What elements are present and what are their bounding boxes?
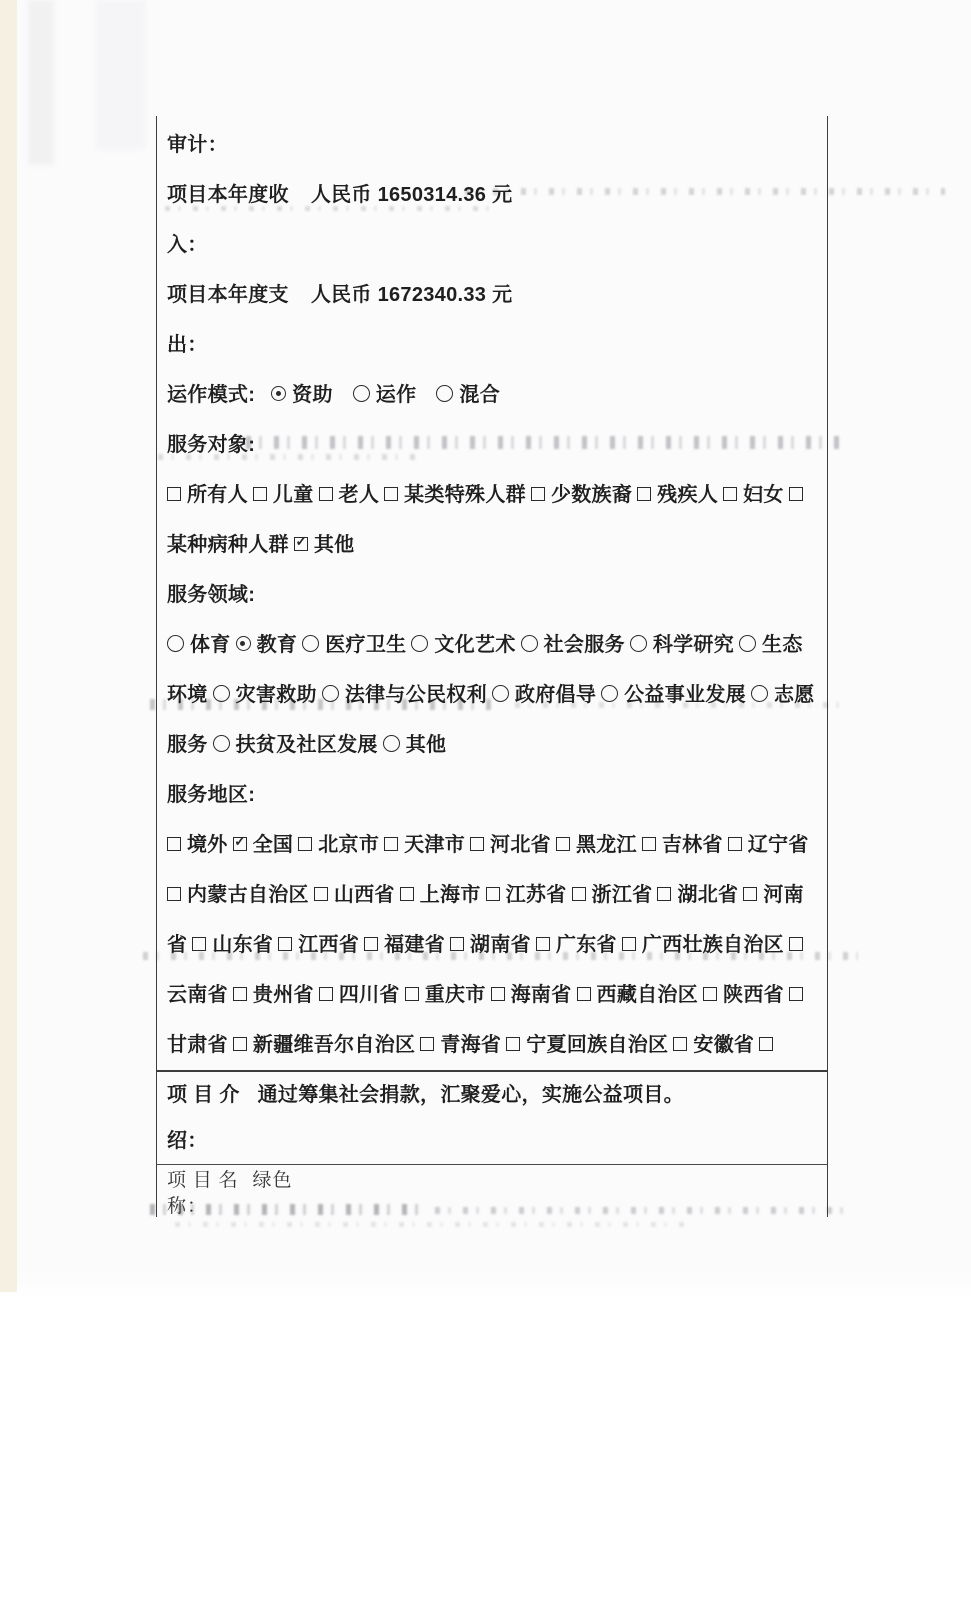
- checkbox-option: 辽宁省: [728, 834, 814, 856]
- option-label: 云南省: [167, 984, 228, 1006]
- checkbox-icon: [657, 887, 671, 901]
- option-label: 广东省: [556, 934, 617, 956]
- radio-icon: [521, 635, 538, 652]
- checkbox-checked-icon: [233, 837, 247, 851]
- operation-mode-label: 运作模式:: [167, 384, 255, 406]
- option-label: 文化艺术: [434, 634, 515, 656]
- project-name-section: 项 目 名绿色 称：: [157, 1164, 827, 1220]
- checkbox-icon: [703, 987, 717, 1001]
- project-intro-label-line1: 项 目 介: [167, 1084, 240, 1106]
- option-label: 黑龙江: [576, 834, 637, 856]
- project-intro-label-line2: 绍：: [167, 1130, 208, 1152]
- option-label: 上海市: [420, 884, 481, 906]
- checkbox-icon: [298, 837, 312, 851]
- project-name-label-line2: 称：: [167, 1196, 207, 1217]
- checkbox-icon: [572, 887, 586, 901]
- option-label: 吉林省: [662, 834, 723, 856]
- project-name-label-wrap-row: 称：: [167, 1194, 819, 1220]
- service-regions-label: 服务地区:: [167, 784, 255, 806]
- annual-income-row: 项目本年度收人民币 1650314.36 元: [167, 170, 819, 220]
- checkbox-icon: [506, 1037, 520, 1051]
- checkbox-icon: [673, 1037, 687, 1051]
- option-label: 福建省: [384, 934, 445, 956]
- checkbox-icon: [491, 987, 505, 1001]
- project-intro-value: 通过筹集社会捐款，汇聚爱心，实施公益项目。: [258, 1084, 684, 1106]
- checkbox-option: 其他: [294, 534, 360, 556]
- checkbox-checked-icon: [294, 537, 308, 551]
- checkbox-icon: [253, 487, 267, 501]
- checkbox-option: 妇女: [723, 484, 789, 506]
- option-label: 浙江省: [592, 884, 653, 906]
- checkbox-option: 所有人: [167, 484, 253, 506]
- radio-icon: [383, 735, 400, 752]
- project-name-value: 绿色: [253, 1170, 293, 1191]
- option-label: 某类特殊人群: [404, 484, 526, 506]
- option-label: 其他: [314, 534, 355, 556]
- project-intro-row: 项 目 介通过筹集社会捐款，汇聚爱心，实施公益项目。: [167, 1072, 819, 1118]
- checkbox-icon: [167, 887, 181, 901]
- checkbox-option: 福建省: [364, 934, 450, 956]
- checkbox-icon: [233, 987, 247, 1001]
- service-fields-options: 体育教育医疗卫生文化艺术社会服务科学研究生态环境灾害救助法律与公民权利政府倡导公…: [167, 620, 819, 770]
- checkbox-option: 西藏自治区: [577, 984, 704, 1006]
- option-label: 某种病种人群: [167, 534, 289, 556]
- checkbox-icon: [789, 937, 803, 951]
- radio-icon: [436, 385, 453, 402]
- checkbox-icon: [536, 937, 550, 951]
- radio-checked-icon: [271, 386, 286, 401]
- checkbox-option: 四川省: [319, 984, 405, 1006]
- radio-option: 体育: [167, 634, 236, 656]
- option-label: 残疾人: [657, 484, 718, 506]
- radio-option: 资助: [271, 384, 353, 406]
- checkbox-option: 山西省: [314, 884, 400, 906]
- annual-expense-row: 项目本年度支人民币 1672340.33 元: [167, 270, 819, 320]
- radio-option: 科学研究: [630, 634, 739, 656]
- checkbox-icon: [577, 987, 591, 1001]
- option-label: 资助: [292, 384, 333, 406]
- checkbox-option: 天津市: [384, 834, 470, 856]
- checkbox-option: 浙江省: [572, 884, 658, 906]
- option-label: 教育: [257, 634, 298, 656]
- option-label: 四川省: [339, 984, 400, 1006]
- checkbox-option: 贵州省: [233, 984, 319, 1006]
- checkbox-icon: [400, 887, 414, 901]
- annual-income-value: 人民币 1650314.36 元: [311, 184, 513, 206]
- checkbox-option: 江苏省: [486, 884, 572, 906]
- checkbox-option: 湖北省: [657, 884, 743, 906]
- service-fields-label-row: 服务领域:: [167, 570, 819, 620]
- project-intro-label-wrap-row: 绍：: [167, 1118, 819, 1164]
- audit-label: 审计：: [167, 134, 228, 156]
- option-label: 湖南省: [470, 934, 531, 956]
- checkbox-option: 河北省: [470, 834, 556, 856]
- option-label: 妇女: [743, 484, 784, 506]
- checkbox-icon: [278, 937, 292, 951]
- project-name-row: 项 目 名绿色: [167, 1168, 819, 1194]
- option-label: 体育: [190, 634, 231, 656]
- radio-option: 法律与公民权利: [322, 684, 492, 706]
- option-label: 天津市: [404, 834, 465, 856]
- checkbox-icon: [622, 937, 636, 951]
- radio-option: 公益事业发展: [601, 684, 751, 706]
- project-intro-section: 项 目 介通过筹集社会捐款，汇聚爱心，实施公益项目。 绍：: [157, 1070, 827, 1164]
- checkbox-option: 吉林省: [642, 834, 728, 856]
- checkbox-icon: [743, 887, 757, 901]
- radio-icon: [322, 685, 339, 702]
- annual-expense-label-line1: 项目本年度支: [167, 284, 289, 306]
- option-label: 境外: [187, 834, 228, 856]
- option-label: 辽宁省: [748, 834, 809, 856]
- checkbox-icon: [759, 1037, 773, 1051]
- radio-icon: [213, 735, 230, 752]
- checkbox-option: 老人: [319, 484, 385, 506]
- checkbox-option: 新疆维吾尔自治区: [233, 1034, 420, 1056]
- option-label: 内蒙古自治区: [187, 884, 309, 906]
- option-label: 湖北省: [677, 884, 738, 906]
- option-label: 公益事业发展: [624, 684, 746, 706]
- radio-icon: [302, 635, 319, 652]
- radio-icon: [411, 635, 428, 652]
- option-label: 广西壮族自治区: [642, 934, 784, 956]
- option-label: 西藏自治区: [597, 984, 699, 1006]
- annual-income-label-line2: 入：: [167, 234, 208, 256]
- scan-artifact: [175, 1222, 685, 1227]
- checkbox-option: 安徽省: [673, 1034, 759, 1056]
- operation-mode-row: 运作模式:资助运作混合: [167, 370, 819, 420]
- radio-icon: [630, 635, 647, 652]
- annual-expense-value: 人民币 1672340.33 元: [311, 284, 513, 306]
- service-targets-label: 服务对象:: [167, 434, 255, 456]
- option-label: 陕西省: [723, 984, 784, 1006]
- option-label: 甘肃省: [167, 1034, 228, 1056]
- annual-income-label-line1: 项目本年度收: [167, 184, 289, 206]
- checkbox-icon: [450, 937, 464, 951]
- option-label: 儿童: [273, 484, 314, 506]
- scan-artifact: [96, 0, 146, 150]
- radio-icon: [353, 385, 370, 402]
- radio-option: 扶贫及社区发展: [213, 734, 383, 756]
- option-label: 扶贫及社区发展: [236, 734, 378, 756]
- checkbox-option: 湖南省: [450, 934, 536, 956]
- service-regions-options: 境外全国北京市天津市河北省黑龙江吉林省辽宁省内蒙古自治区山西省上海市江苏省浙江省…: [167, 820, 819, 1070]
- radio-icon: [492, 685, 509, 702]
- checkbox-icon: [789, 987, 803, 1001]
- checkbox-option: 北京市: [298, 834, 384, 856]
- checkbox-option: 广东省: [536, 934, 622, 956]
- checkbox-icon: [486, 887, 500, 901]
- radio-option: 文化艺术: [411, 634, 520, 656]
- checkbox-icon: [556, 837, 570, 851]
- option-label: 北京市: [318, 834, 379, 856]
- radio-option: 混合: [436, 384, 520, 406]
- checkbox-icon: [319, 487, 333, 501]
- checkbox-option: 广西壮族自治区: [622, 934, 789, 956]
- checkbox-option: 境外: [167, 834, 233, 856]
- checkbox-option: [759, 1034, 784, 1056]
- option-label: 重庆市: [425, 984, 486, 1006]
- option-label: 法律与公民权利: [345, 684, 487, 706]
- checkbox-icon: [789, 487, 803, 501]
- checkbox-option: 黑龙江: [556, 834, 642, 856]
- checkbox-icon: [420, 1037, 434, 1051]
- radio-option: 医疗卫生: [302, 634, 411, 656]
- checkbox-icon: [167, 487, 181, 501]
- option-label: 医疗卫生: [325, 634, 406, 656]
- scan-artifact: [28, 0, 54, 165]
- page-left-edge-band: [0, 0, 17, 1292]
- radio-option: 政府倡导: [492, 684, 601, 706]
- checkbox-icon: [470, 837, 484, 851]
- radio-icon: [167, 635, 184, 652]
- radio-icon: [739, 635, 756, 652]
- annual-income-label-wrap-row: 入：: [167, 220, 819, 270]
- scanned-document-page: { "page": { "background": "#fbfbfc", "ed…: [0, 0, 971, 1600]
- checkbox-option: 内蒙古自治区: [167, 884, 314, 906]
- operation-mode-options: 资助运作混合: [271, 384, 520, 406]
- checkbox-option: 江西省: [278, 934, 364, 956]
- option-label: 安徽省: [693, 1034, 754, 1056]
- option-label: 河北省: [490, 834, 551, 856]
- option-label: 海南省: [511, 984, 572, 1006]
- checkbox-icon: [314, 887, 328, 901]
- checkbox-icon: [723, 487, 737, 501]
- option-label: 山西省: [334, 884, 395, 906]
- checkbox-icon: [637, 487, 651, 501]
- checkbox-option: 全国: [233, 834, 299, 856]
- radio-option: 其他: [383, 734, 452, 756]
- option-label: 政府倡导: [515, 684, 596, 706]
- checkbox-option: 残疾人: [637, 484, 723, 506]
- checkbox-option: 宁夏回族自治区: [506, 1034, 673, 1056]
- checkbox-icon: [192, 937, 206, 951]
- annual-expense-label-wrap-row: 出：: [167, 320, 819, 370]
- radio-option: 教育: [236, 634, 303, 656]
- radio-icon: [213, 685, 230, 702]
- annual-expense-label-line2: 出：: [167, 334, 208, 356]
- service-targets-label-row: 服务对象:: [167, 420, 819, 470]
- checkbox-icon: [167, 837, 181, 851]
- checkbox-icon: [384, 487, 398, 501]
- checkbox-option: 重庆市: [405, 984, 491, 1006]
- option-label: 科学研究: [653, 634, 734, 656]
- option-label: 灾害救助: [236, 684, 317, 706]
- option-label: 山东省: [212, 934, 273, 956]
- checkbox-option: 上海市: [400, 884, 486, 906]
- option-label: 宁夏回族自治区: [526, 1034, 668, 1056]
- radio-icon: [751, 685, 768, 702]
- checkbox-icon: [642, 837, 656, 851]
- option-label: 所有人: [187, 484, 248, 506]
- option-label: 运作: [376, 384, 417, 406]
- checkbox-icon: [728, 837, 742, 851]
- option-label: 江西省: [298, 934, 359, 956]
- option-label: 其他: [406, 734, 447, 756]
- option-label: 青海省: [440, 1034, 501, 1056]
- form-table: 审计： 项目本年度收人民币 1650314.36 元 入： 项目本年度支人民币 …: [156, 116, 828, 1217]
- option-label: 全国: [253, 834, 294, 856]
- audit-row: 审计：: [167, 120, 819, 170]
- option-label: 江苏省: [506, 884, 567, 906]
- project-name-label-line1: 项 目 名: [167, 1170, 239, 1191]
- checkbox-option: 某类特殊人群: [384, 484, 531, 506]
- checkbox-icon: [319, 987, 333, 1001]
- checkbox-option: 山东省: [192, 934, 278, 956]
- option-label: 贵州省: [253, 984, 314, 1006]
- checkbox-icon: [531, 487, 545, 501]
- checkbox-option: 儿童: [253, 484, 319, 506]
- service-regions-label-row: 服务地区:: [167, 770, 819, 820]
- option-label: 社会服务: [544, 634, 625, 656]
- checkbox-option: 陕西省: [703, 984, 789, 1006]
- checkbox-icon: [364, 937, 378, 951]
- checkbox-icon: [405, 987, 419, 1001]
- checkbox-option: 青海省: [420, 1034, 506, 1056]
- radio-icon: [601, 685, 618, 702]
- radio-checked-icon: [236, 636, 251, 651]
- checkbox-icon: [233, 1037, 247, 1051]
- checkbox-option: 少数族裔: [531, 484, 637, 506]
- radio-option: 社会服务: [521, 634, 630, 656]
- option-label: 混合: [459, 384, 500, 406]
- option-label: 老人: [339, 484, 380, 506]
- option-label: 新疆维吾尔自治区: [253, 1034, 415, 1056]
- option-label: 少数族裔: [551, 484, 632, 506]
- checkbox-option: 海南省: [491, 984, 577, 1006]
- radio-option: 灾害救助: [213, 684, 322, 706]
- service-fields-label: 服务领域:: [167, 584, 255, 606]
- checkbox-icon: [384, 837, 398, 851]
- radio-option: 运作: [353, 384, 437, 406]
- service-targets-options: 所有人儿童老人某类特殊人群少数族裔残疾人妇女某种病种人群其他: [167, 470, 819, 570]
